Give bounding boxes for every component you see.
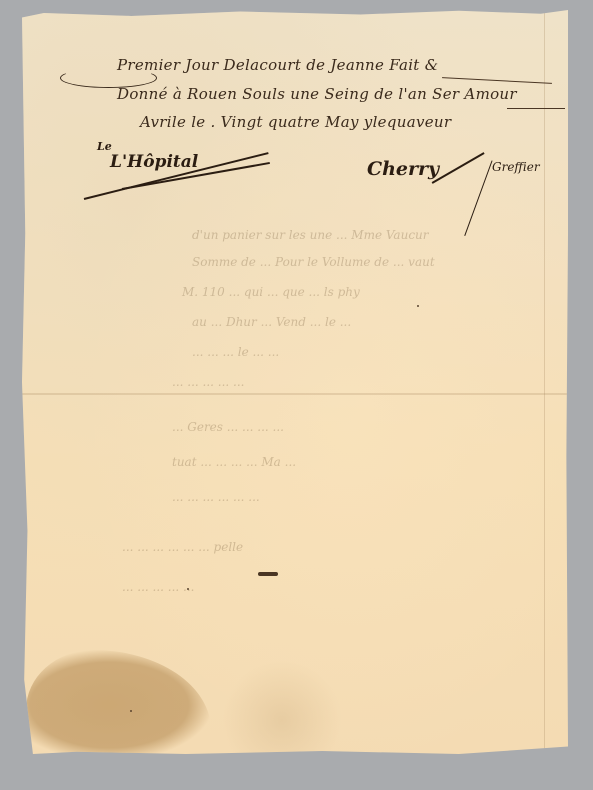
- bleed-through-line: ... Geres ... ... ... ...: [172, 420, 284, 434]
- signature-right: Cherry: [367, 158, 439, 180]
- bleed-through-line: M. 110 ... qui ... que ... ls phy: [182, 285, 360, 299]
- faint-stain: [222, 660, 342, 754]
- bleed-through-line: ... ... ... ... ...: [172, 375, 244, 389]
- text-line-2: Donné à Rouen Souls une Seing de l'an Se…: [117, 85, 517, 103]
- bleed-through-line: au ... Dhur ... Vend ... le ...: [192, 315, 351, 329]
- ink-speck: [130, 710, 132, 712]
- bleed-through-line: ... ... ... ... ...: [122, 580, 194, 594]
- signature-right-stroke: [432, 152, 485, 183]
- ink-speck: [417, 305, 419, 307]
- text-line-1: Premier Jour Delacourt de Jeanne Fait &: [117, 56, 438, 74]
- signature-right-descender: [464, 160, 492, 236]
- ink-blot: [258, 572, 278, 576]
- text-line-3: Avrile le . Vingt quatre May ylequaveur: [140, 113, 451, 131]
- bleed-through-line: ... ... ... ... ... ...: [172, 490, 260, 504]
- ink-speck: [187, 588, 189, 590]
- signature-left: L'Hôpital: [110, 152, 198, 172]
- horizontal-fold: [22, 393, 568, 395]
- bleed-through-line: Somme de ... Pour le Vollume de ... vaut: [192, 255, 435, 269]
- manuscript-page: d'un panier sur les une ... Mme Vaucur S…: [22, 10, 568, 754]
- vertical-crease: [544, 10, 545, 754]
- bleed-through-line: ... ... ... le ... ...: [192, 345, 279, 359]
- signature-right-suffix: Greffier: [492, 160, 540, 174]
- line-filler-rule: [442, 77, 552, 84]
- bleed-through-line: ... ... ... ... ... ... pelle: [122, 540, 243, 554]
- water-stain: [26, 650, 211, 754]
- bleed-through-line: d'un panier sur les une ... Mme Vaucur: [192, 228, 429, 242]
- bleed-through-line: tuat ... ... ... ... Ma ...: [172, 455, 296, 469]
- line-filler-rule: [507, 108, 565, 109]
